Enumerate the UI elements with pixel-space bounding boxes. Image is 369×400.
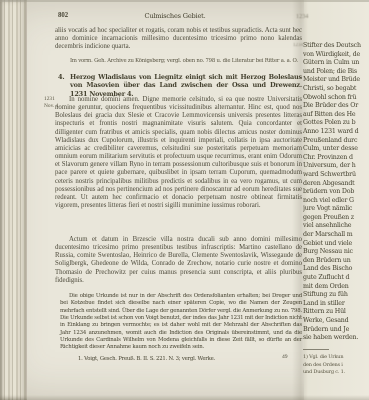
sheet-signature: 49 [282, 354, 288, 360]
provenance-note: Im vorm. Geh. Archive zu Königsberg; ver… [70, 58, 302, 64]
facing-page-footnote-rule [303, 349, 329, 350]
book-page-edges [0, 0, 27, 400]
running-title: Culmisches Gebiet. [55, 12, 295, 20]
regest-heading: Herzog Wladislaus von Liegnitz einigt si… [70, 73, 302, 98]
scan-top-edge [0, 0, 369, 2]
facing-page-text-column: Stifter des Deutsch von Würdigkeit, de G… [303, 42, 369, 346]
regest-number: 4. [58, 73, 64, 81]
charter-text-paragraph: In nomine domini amen. Digne memorie cel… [55, 96, 302, 210]
scan-bottom-edge [0, 395, 369, 400]
actum-witness-paragraph: Actum et datum in Brzescie villa nostra … [55, 236, 302, 285]
facing-page-header-year: 1234 [296, 13, 308, 20]
charter-continuation-paragraph: aliis vocatis ad hoc specialiter et roga… [55, 27, 302, 51]
facing-page-footnote: 1) Vgl. die Urkun den des Ordens i und D… [303, 354, 369, 380]
book-scan: 802 Culmisches Gebiet. 1234 aliis vocati… [0, 0, 369, 400]
footnote-block: Die obige Urkunde ist nur in der Abschri… [60, 293, 302, 352]
footnote-citation: 1. Voigt, Gesch. Preuß. B. II. S. 221. N… [78, 356, 215, 362]
